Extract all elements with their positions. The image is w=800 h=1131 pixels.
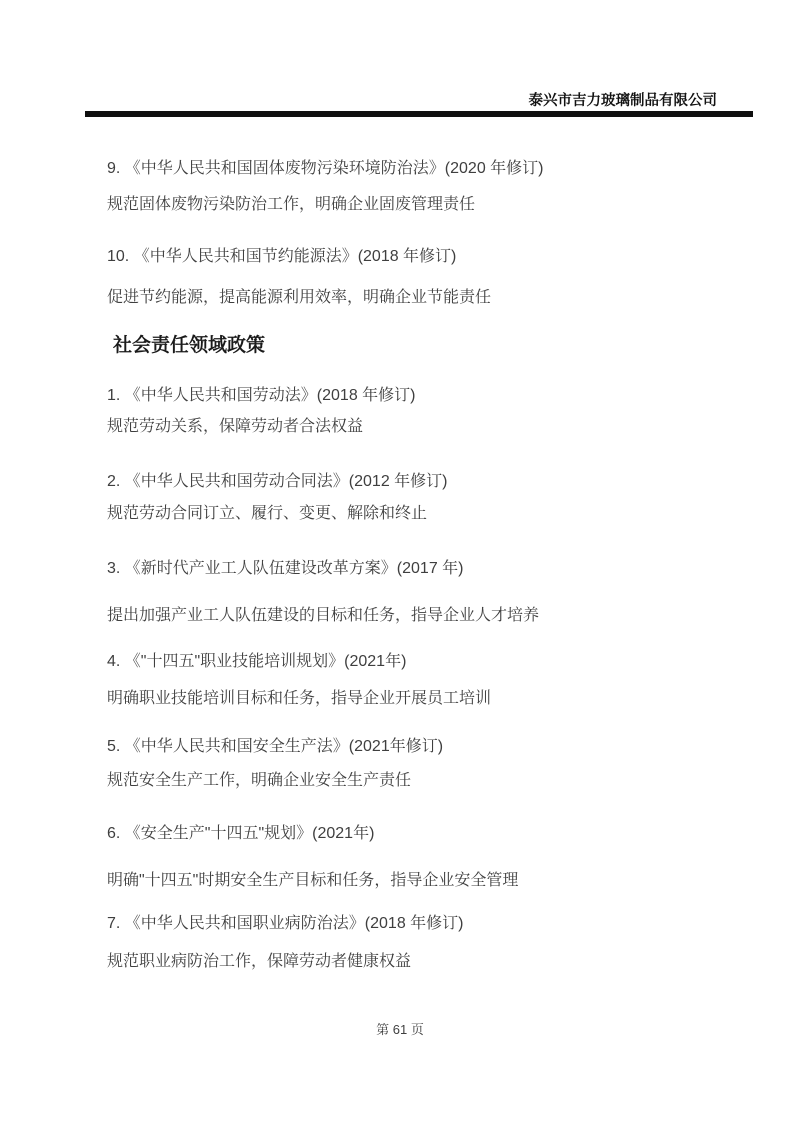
section-heading: 社会责任领域政策 [107,335,753,356]
policy-item-title: 9. 《中华人民共和国固体废物污染环境防治法》(2020 年修订) [107,160,753,177]
policy-item-desc: 规范职业病防治工作，保障劳动者健康权益 [107,953,753,970]
policy-item-title: 5. 《中华人民共和国安全生产法》(2021年修订) [107,738,753,755]
policy-item-desc: 促进节约能源，提高能源利用效率，明确企业节能责任 [107,289,753,306]
policy-item-desc: 提出加强产业工人队伍建设的目标和任务，指导企业人才培养 [107,607,753,624]
policy-item-desc: 规范固体废物污染防治工作，明确企业固废管理责任 [107,196,753,213]
document-content: 9. 《中华人民共和国固体废物污染环境防治法》(2020 年修订)规范固体废物污… [107,120,753,970]
policy-item-desc: 规范安全生产工作，明确企业安全生产责任 [107,772,753,789]
policy-item-desc: 规范劳动关系，保障劳动者合法权益 [107,418,753,435]
document-page: 泰兴市吉力玻璃制品有限公司 9. 《中华人民共和国固体废物污染环境防治法》(20… [0,0,800,1131]
policy-item-title: 7. 《中华人民共和国职业病防治法》(2018 年修订) [107,915,753,932]
page-number: 第 61 页 [376,1022,424,1037]
policy-item-desc: 明确"十四五"时期安全生产目标和任务，指导企业安全管理 [107,872,753,889]
policy-item-title: 4. 《"十四五"职业技能培训规划》(2021年) [107,653,753,670]
policy-item-title: 6. 《安全生产"十四五"规划》(2021年) [107,825,753,842]
policy-item-desc: 规范劳动合同订立、履行、变更、解除和终止 [107,505,753,522]
policy-item-title: 3. 《新时代产业工人队伍建设改革方案》(2017 年) [107,560,753,577]
company-name: 泰兴市吉力玻璃制品有限公司 [529,93,718,109]
policy-item-title: 1. 《中华人民共和国劳动法》(2018 年修订) [107,387,753,404]
policy-item-title: 10. 《中华人民共和国节约能源法》(2018 年修订) [107,248,753,265]
policy-item-title: 2. 《中华人民共和国劳动合同法》(2012 年修订) [107,473,753,490]
page-footer: 第 61 页 [0,1021,800,1038]
policy-item-desc: 明确职业技能培训目标和任务，指导企业开展员工培训 [107,690,753,707]
header-rule [85,111,753,117]
